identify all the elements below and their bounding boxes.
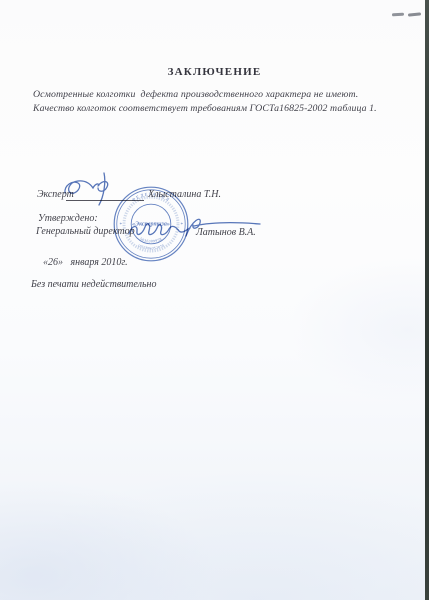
body-line: Качество колготок соответствует требован…	[33, 102, 403, 116]
scanned-document-page: ЗАКЛЮЧЕНИЕ Осмотренные колготки дефекта …	[0, 0, 429, 600]
director-signature	[124, 214, 264, 242]
body-line: Осмотренные колготки дефекта производств…	[33, 88, 403, 102]
approved-label: Утверждено:	[38, 213, 98, 224]
scan-smudge	[392, 13, 404, 17]
stamp-star-left: *	[120, 223, 123, 228]
document-title: ЗАКЛЮЧЕНИЕ	[0, 66, 429, 78]
footer-note: Без печати недействительно	[31, 279, 156, 290]
scan-smudge	[408, 12, 421, 16]
scan-edge-strip	[425, 0, 429, 600]
stamp-number-ogrn: 1055806352070	[137, 243, 165, 250]
document-body: Осмотренные колготки дефекта производств…	[33, 88, 403, 116]
expert-signature	[60, 170, 126, 208]
